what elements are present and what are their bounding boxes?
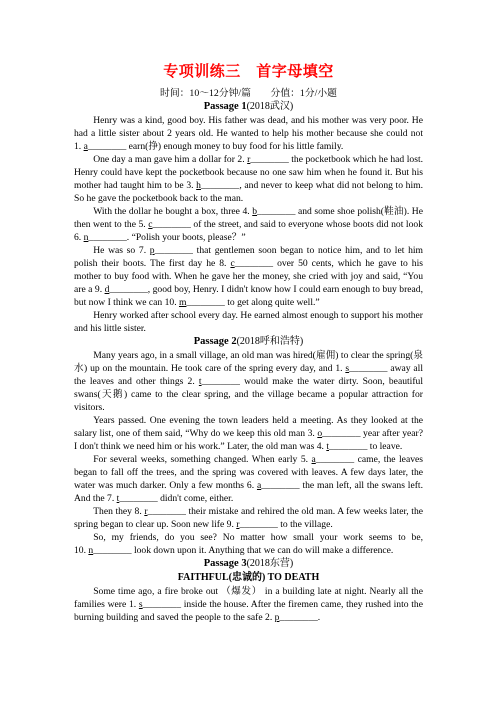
blank-line: ________ (93, 545, 131, 556)
blank-number: 9. (95, 284, 105, 295)
passage-label: Passage 2 (194, 336, 237, 347)
paragraph: Henry was a kind, good boy. His father w… (74, 114, 423, 153)
blank-line: ________ (119, 493, 157, 504)
fill-blank-p3-1[interactable]: 1. s________ (129, 599, 181, 610)
blank-number: 3. (186, 180, 196, 191)
blank-line: ________ (109, 284, 147, 295)
fill-blank-p1-1[interactable]: 1. a________ (74, 141, 126, 152)
blank-number: 6. (74, 232, 84, 243)
document-page: 专项训练三 首字母填空 时间：10～12分钟/篇 分值：1分/小题 Passag… (0, 0, 496, 702)
fill-blank-p2-8[interactable]: 8. r________ (135, 506, 186, 517)
paragraph: Henry worked after school every day. He … (74, 309, 423, 335)
blank-line: ________ (239, 519, 277, 530)
blank-line: ________ (201, 180, 239, 191)
paragraph: He was so 7. p________ that gentlemen so… (74, 244, 423, 309)
passage-heading-3: Passage 3(2018东营) (74, 557, 423, 571)
blank-line: ________ (349, 363, 387, 374)
fill-blank-p2-4[interactable]: 4. t________ (317, 441, 368, 452)
doc-meta-line: 时间：10～12分钟/篇 分值：1分/小题 (74, 87, 423, 100)
fill-blank-p1-10[interactable]: 10. m________ (165, 297, 225, 308)
blank-number: 10. (74, 545, 88, 556)
fill-blank-p1-8[interactable]: 8. c________ (219, 258, 273, 269)
document-content: 专项训练三 首字母填空 时间：10～12分钟/篇 分值：1分/小题 Passag… (74, 63, 423, 624)
fill-blank-p1-9[interactable]: 9. d________ (95, 284, 148, 295)
fill-blank-p2-7[interactable]: 7. t________ (107, 493, 158, 504)
blank-line: ________ (322, 428, 360, 439)
fill-blank-p2-2[interactable]: 2. t________ (188, 376, 240, 387)
blank-line: ________ (250, 154, 288, 165)
blank-number: 5. (301, 454, 312, 465)
paragraph: For several weeks, something changed. Wh… (74, 453, 423, 505)
fill-blank-p1-6[interactable]: 6. n________ (74, 232, 127, 243)
passage-source: (2018东营) (247, 558, 294, 569)
blank-line: ________ (257, 206, 295, 217)
blank-number: 9. (227, 519, 237, 530)
blank-line: ________ (261, 480, 299, 491)
blank-number: 2. (237, 154, 247, 165)
blank-line: ________ (155, 245, 193, 256)
blank-number: 1. (335, 363, 345, 374)
passage-label: Passage 3 (204, 558, 247, 569)
passages-container: Passage 1(2018武汉)Henry was a kind, good … (74, 100, 423, 624)
blank-line: ________ (88, 232, 126, 243)
passage-label: Passage 1 (204, 101, 247, 112)
passage-source: (2018武汉) (247, 101, 294, 112)
blank-number: 4. (242, 206, 252, 217)
paragraph: Many years ago, in a small village, an o… (74, 349, 423, 414)
blank-number: 10. (165, 297, 179, 308)
page-title: 专项训练三 首字母填空 (74, 63, 423, 81)
blank-number: 8. (219, 258, 230, 269)
blank-line: ________ (148, 506, 186, 517)
paragraph: Then they 8. r________ their mistake and… (74, 505, 423, 531)
passage-subheading: FAITHFUL(忠诚的) TO DEATH (74, 571, 423, 585)
blank-number: 6. (247, 480, 257, 491)
blank-number: 1. (129, 599, 139, 610)
fill-blank-p2-5[interactable]: 5. a________ (301, 454, 354, 465)
blank-line: ________ (202, 376, 240, 387)
fill-blank-p1-2[interactable]: 2. r________ (237, 154, 288, 165)
paragraph: With the dollar he bought a box, three 4… (74, 205, 423, 244)
blank-number: 1. (74, 141, 84, 152)
blank-number: 8. (135, 506, 145, 517)
passage-heading-2: Passage 2(2018呼和浩特) (74, 335, 423, 349)
blank-number: 2. (188, 376, 199, 387)
fill-blank-p2-10[interactable]: 10. n________ (74, 545, 132, 556)
fill-blank-p2-1[interactable]: 1. s________ (335, 363, 387, 374)
paragraph: Years passed. One evening the town leade… (74, 414, 423, 453)
blank-number: 5. (139, 219, 149, 230)
blank-number: 2. (265, 612, 275, 623)
blank-line: ________ (235, 258, 273, 269)
fill-blank-p3-2[interactable]: 2. p________ (265, 612, 318, 623)
blank-line: ________ (186, 297, 224, 308)
fill-blank-p1-7[interactable]: 7. p________ (139, 245, 193, 256)
paragraph: So, my friends, do you see? No matter ho… (74, 531, 423, 557)
fill-blank-p2-3[interactable]: 3. o________ (308, 428, 361, 439)
blank-number: 7. (139, 245, 150, 256)
paragraph: Some time ago, a fire broke out （爆发） in … (74, 585, 423, 624)
blank-line: ________ (329, 441, 367, 452)
fill-blank-p1-4[interactable]: 4. b________ (242, 206, 295, 217)
blank-line: ________ (153, 219, 191, 230)
blank-line: ________ (279, 612, 317, 623)
passage-heading-1: Passage 1(2018武汉) (74, 100, 423, 114)
fill-blank-p1-3[interactable]: 3. h________ (186, 180, 239, 191)
blank-number: 4. (317, 441, 327, 452)
blank-number: 7. (107, 493, 117, 504)
fill-blank-p2-9[interactable]: 9. r________ (227, 519, 278, 530)
fill-blank-p1-5[interactable]: 5. c________ (139, 219, 191, 230)
fill-blank-p2-6[interactable]: 6. a________ (247, 480, 300, 491)
blank-line: ________ (143, 599, 181, 610)
blank-line: ________ (88, 141, 126, 152)
blank-number: 3. (308, 428, 318, 439)
blank-line: ________ (316, 454, 354, 465)
paragraph: One day a man gave him a dollar for 2. r… (74, 153, 423, 205)
passage-source: (2018呼和浩特) (237, 336, 304, 347)
